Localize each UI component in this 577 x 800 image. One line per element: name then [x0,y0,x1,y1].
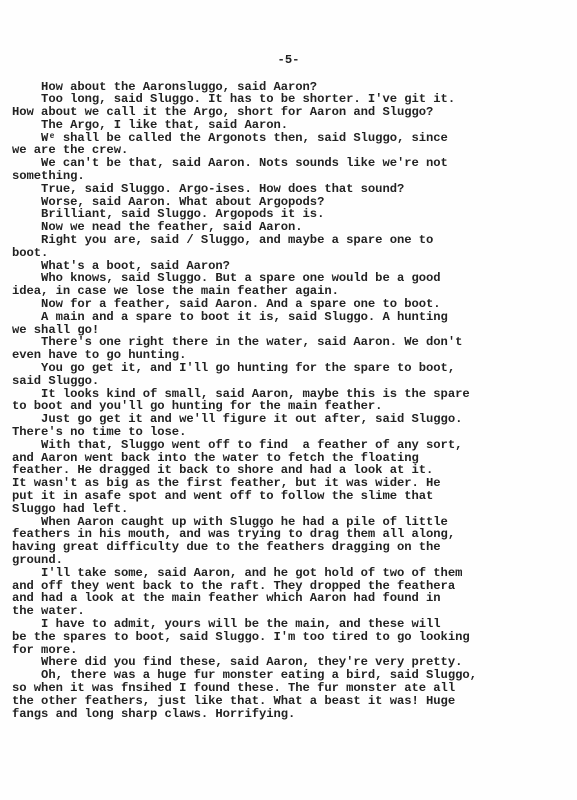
text-line: How about we call it the Argo, short for… [12,106,477,119]
text-line: You go get it, and I'll go hunting for t… [12,362,477,375]
text-line: Now for a feather, said Aaron. And a spa… [12,298,477,311]
text-line: The Argo, I like that, said Aaron. [12,119,477,132]
text-line: There's no time to lose. [12,426,477,439]
page-number: -5- [0,53,577,67]
text-line: ground. [12,554,477,567]
text-line: True, said Sluggo. Argo-ises. How does t… [12,183,477,196]
text-line: I have to admit, yours will be the main,… [12,618,477,631]
text-line: Right you are, said / Sluggo, and maybe … [12,234,477,247]
text-line: A main and a spare to boot it is, said S… [12,311,477,324]
text-line: Sluggo had left. [12,503,477,516]
text-line: having great difficulty due to the feath… [12,541,477,554]
text-line: boot. [12,247,477,260]
text-line: With that, Sluggo went off to find a fea… [12,439,477,452]
text-line: fangs and long sharp claws. Horrifying. [12,708,477,721]
text-line: so when it was fnsihed I found these. Th… [12,682,477,695]
text-line: put it in asafe spot and went off to fol… [12,490,477,503]
text-line: said Sluggo. [12,375,477,388]
text-line: I'll take some, said Aaron, and he got h… [12,567,477,580]
text-line: the other feathers, just like that. What… [12,695,477,708]
text-line: be the spares to boot, said Sluggo. I'm … [12,631,477,644]
text-line: something. [12,170,477,183]
typewritten-page: -5- How about the Aaronsluggo, said Aaro… [0,0,577,800]
story-text: How about the Aaronsluggo, said Aaron? T… [12,81,477,721]
